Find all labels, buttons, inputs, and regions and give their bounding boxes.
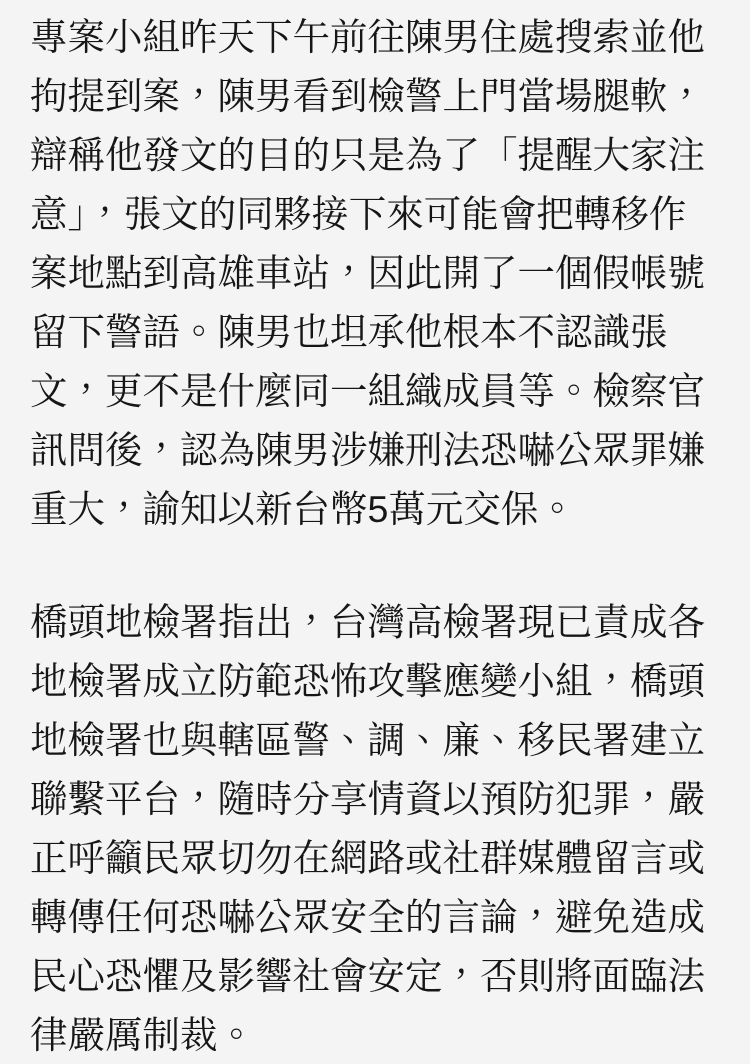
text-line: 轉傳任何恐嚇公眾安全的言論，避免造成 — [30, 888, 730, 947]
text-line: 意」，張文的同夥接下來可能會把轉移作 — [30, 185, 730, 244]
text-line: 正呼籲民眾切勿在網路或社群媒體留言或 — [30, 829, 730, 888]
text-line: 訊問後，認為陳男涉嫌刑法恐嚇公眾罪嫌 — [30, 421, 730, 480]
text-line: 辯稱他發文的目的只是為了「提醒大家注 — [30, 126, 730, 185]
paragraph: 專案小組昨天下午前往陳男住處搜索並他拘提到案，陳男看到檢警上門當場腿軟，辯稱他發… — [30, 8, 730, 539]
text-line: 地檢署成立防範恐怖攻擊應變小組，橋頭 — [30, 652, 730, 711]
paragraph: 橋頭地檢署指出，台灣高檢署現已責成各地檢署成立防範恐怖攻擊應變小組，橋頭地檢署也… — [30, 593, 730, 1064]
text-line: 聯繫平台，隨時分享情資以預防犯罪，嚴 — [30, 770, 730, 829]
text-line: 民心恐懼及影響社會安定，否則將面臨法 — [30, 947, 730, 1006]
text-line: 律嚴厲制裁。 — [30, 1006, 730, 1064]
article-body: 專案小組昨天下午前往陳男住處搜索並他拘提到案，陳男看到檢警上門當場腿軟，辯稱他發… — [0, 0, 750, 1064]
text-line: 重大，諭知以新台幣5萬元交保。 — [30, 480, 730, 539]
text-line: 留下警語。陳男也坦承他根本不認識張 — [30, 303, 730, 362]
text-line: 拘提到案，陳男看到檢警上門當場腿軟， — [30, 67, 730, 126]
text-line: 專案小組昨天下午前往陳男住處搜索並他 — [30, 8, 730, 67]
text-line: 橋頭地檢署指出，台灣高檢署現已責成各 — [30, 593, 730, 652]
text-line: 案地點到高雄車站，因此開了一個假帳號 — [30, 244, 730, 303]
text-line: 地檢署也與轄區警、調、廉、移民署建立 — [30, 711, 730, 770]
text-line: 文，更不是什麼同一組織成員等。檢察官 — [30, 362, 730, 421]
